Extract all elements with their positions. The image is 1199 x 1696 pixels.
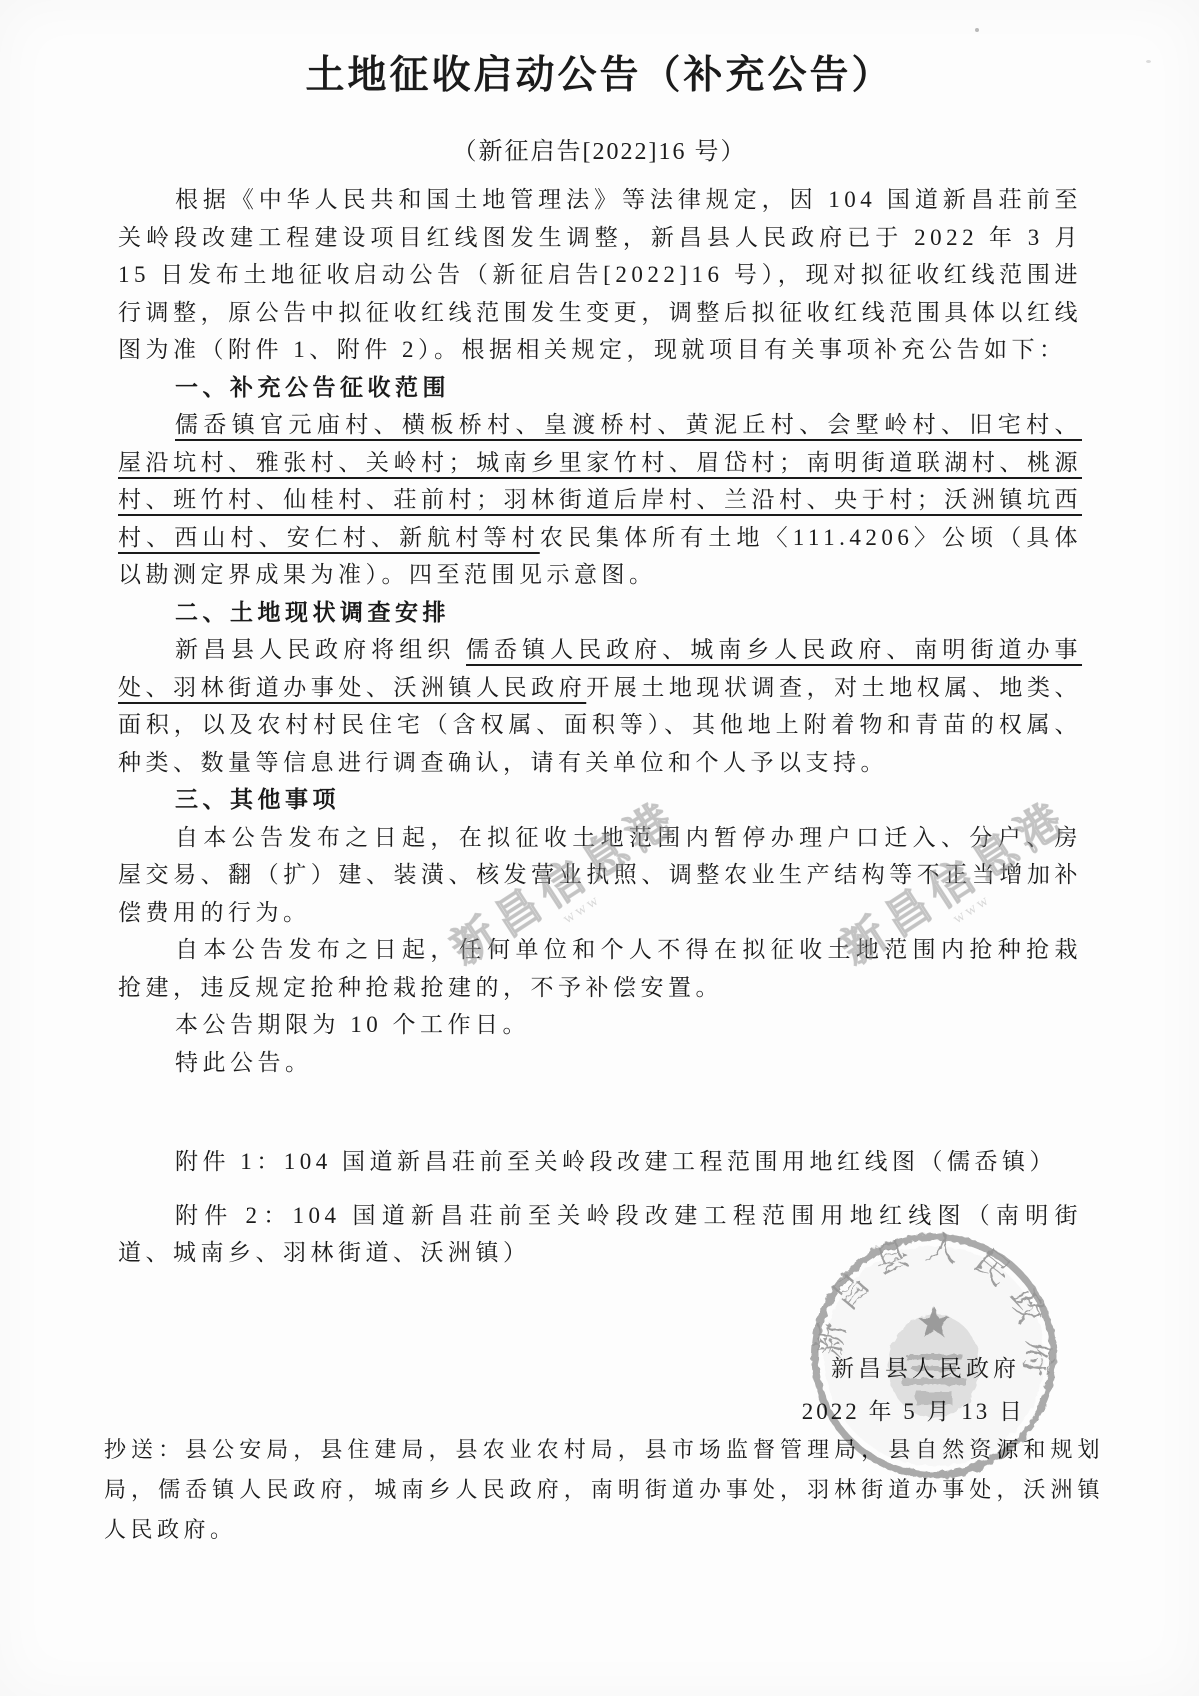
signature-date: 2022 年 5 月 13 日 <box>802 1393 1025 1426</box>
body-text: 特此公告。 <box>175 1050 313 1075</box>
document-body: 根据《中华人民共和国土地管理法》等法律规定，因 104 国道新昌荘前至关岭段改建… <box>118 181 1082 1288</box>
seal-star-icon <box>918 1306 950 1337</box>
attachment-line: 附件 2：104 国道新昌荘前至关岭段改建工程范围用地红线图（南明街道、城南乡、… <box>118 1197 1082 1272</box>
paragraph: 新昌县人民政府将组织 儒岙镇人民政府、城南乡人民政府、南明街道办事处、羽林街道办… <box>118 631 1082 781</box>
body-text: 自本公告发布之日起，任何单位和个人不得在拟征收土地范围内抢种抢栽抢建，违反规定抢… <box>118 937 1082 1000</box>
paragraph: 儒岙镇官元庙村、横板桥村、皇渡桥村、黄泥丘村、会墅岭村、旧宅村、屋沿坑村、雅张村… <box>118 406 1082 594</box>
body-text: 根据《中华人民共和国土地管理法》等法律规定，因 104 国道新昌荘前至关岭段改建… <box>118 187 1082 362</box>
body-text: 自本公告发布之日起，在拟征收土地范围内暂停办理户口迁入、分户、房屋交易、翻（扩）… <box>118 825 1082 925</box>
cc-line: 抄送：县公安局，县住建局，县农业农村局，县市场监督管理局，县自然资源和规划局，儒… <box>104 1430 1104 1550</box>
body-text: 一、补充公告征收范围 <box>175 375 450 400</box>
body-text: 本公告期限为 10 个工作日。 <box>175 1012 530 1037</box>
section-heading: 三、其他事项 <box>118 781 1082 819</box>
body-text: 二、土地现状调查安排 <box>175 600 450 625</box>
body-text: 三、其他事项 <box>175 787 340 812</box>
body-text: 新昌县人民政府将组织 <box>175 637 466 662</box>
scan-speck <box>975 28 979 32</box>
document-page: 土地征收启动公告（补充公告） （新征启告[2022]16 号） 新昌信息港 ww… <box>0 0 1199 1696</box>
attachment-line: 附件 1：104 国道新昌荘前至关岭段改建工程范围用地红线图（儒岙镇） <box>118 1143 1082 1181</box>
document-number: （新征启告[2022]16 号） <box>0 131 1199 166</box>
paragraph: 根据《中华人民共和国土地管理法》等法律规定，因 104 国道新昌荘前至关岭段改建… <box>118 181 1082 369</box>
attachments-list: 附件 1：104 国道新昌荘前至关岭段改建工程范围用地红线图（儒岙镇）附件 2：… <box>118 1143 1082 1272</box>
scan-speck <box>1146 60 1151 63</box>
section-heading: 二、土地现状调查安排 <box>118 594 1082 632</box>
paragraph: 本公告期限为 10 个工作日。 <box>118 1006 1082 1044</box>
section-heading: 一、补充公告征收范围 <box>118 369 1082 407</box>
signature-issuer: 新昌县人民政府 <box>831 1350 1020 1383</box>
paragraph: 自本公告发布之日起，任何单位和个人不得在拟征收土地范围内抢种抢栽抢建，违反规定抢… <box>118 931 1082 1006</box>
paragraph: 自本公告发布之日起，在拟征收土地范围内暂停办理户口迁入、分户、房屋交易、翻（扩）… <box>118 819 1082 932</box>
paragraph: 特此公告。 <box>118 1044 1082 1082</box>
document-title: 土地征收启动公告（补充公告） <box>0 44 1199 100</box>
